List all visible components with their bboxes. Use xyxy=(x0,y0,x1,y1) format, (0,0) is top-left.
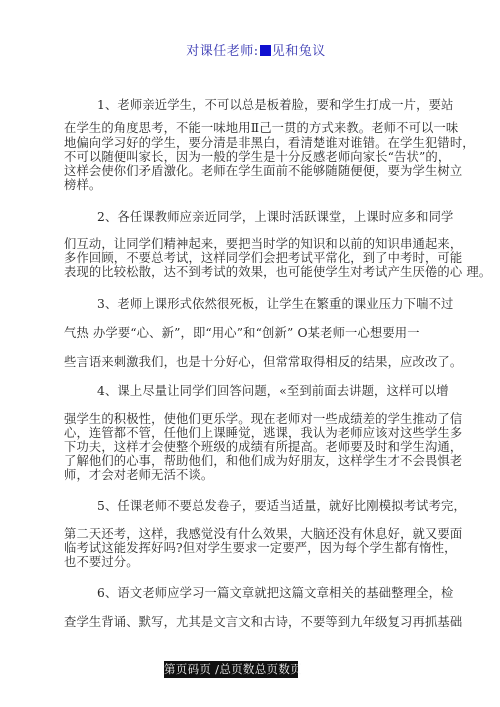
paragraph-6-first-line: 6、语文老师应学习一篇文章就把这篇文章相关的基础整理全，检 xyxy=(97,586,454,600)
paragraph-1-line: 地偏向学习好的学生，要分清是非黑白，看清楚谁对谁错。在学生犯错时， xyxy=(64,136,475,150)
paragraph-3-first-line: 3、老师上课形式依然很死板，让学生在繁重的课业压力下喘不过 xyxy=(97,297,454,311)
title-prefix: 对课任老师: xyxy=(186,44,258,59)
paragraph-4-first-line: 4、课上尽量让同学们回答问题，«至到前面去讲题，这样可以增 xyxy=(97,384,449,398)
paragraph-3-line: 气热 办学要“心、新”，即“用心”和“创新” O某老师一心想要用一 xyxy=(64,326,420,340)
paragraph-5-line: 临考试这能发挥好吗?但对学生要求一定要严，因为每个学生都有惰性， xyxy=(64,541,457,555)
paragraph-1-line: 在学生的角度思考，不能一味地用Ⅱ己一贯的方式来教。老师不可以一味 xyxy=(64,121,458,135)
page-number-footer: 第页码页 /总页数总页数页 xyxy=(164,661,298,678)
paragraph-2-line: 表现的比较松散，达不到考试的效果，也可能使学生对考试产生厌倦的心 理。 xyxy=(64,265,491,279)
paragraph-5-line: 也不要过分。 xyxy=(64,555,139,569)
title-suffix: 见和兔议 xyxy=(272,44,326,59)
paragraph-4-line: 强学生的积极性，使他们更乐学。现在老师对一些成绩差的学生推动了信 xyxy=(64,412,462,426)
paragraph-1-line: 榜样。 xyxy=(64,178,101,192)
square-glyph-icon xyxy=(260,45,271,56)
paragraph-1-line: 不可以随便叫家长，因为一般的学生是十分反感老师向家长“告状”的， xyxy=(64,150,450,164)
paragraph-1-line: 这样会使你们矛盾激化。老师在学生面前不能够随随便便，要为学生树立 xyxy=(64,164,462,178)
document-title: 对课任老师:见和兔议 xyxy=(0,40,500,59)
paragraph-2-first-line: 2、各任课教师应亲近同学，上课时活跃课堂，上课时应多和同学 xyxy=(97,210,454,224)
paragraph-4-line: 下功夫，这样才会使整个班级的成绩有所提高。老师要及时和学生沟通， xyxy=(64,440,462,454)
paragraph-1-first-line: 1、老师亲近学生，不可以总是板着脸，要和学生打成一片，要站 xyxy=(97,98,454,112)
paragraph-2-line: 多作回顾，不要总考试，这样同学们会把考试平常化，到了中考时，可能 xyxy=(64,251,462,265)
document-page: 对课任老师:见和兔议 1、老师亲近学生，不可以总是板着脸，要和学生打成一片，要站… xyxy=(0,0,500,707)
paragraph-3-line: 些言语来刺激我们，也是十分好心，但常常取得相反的结果，应改改了。 xyxy=(64,355,462,369)
paragraph-4-line: 师，才会对老师无活不谈。 xyxy=(64,468,213,482)
paragraph-5-line: 第二天还考，这样，我感觉没有什么效果，大脑还没有休息好，就又要面 xyxy=(64,527,462,541)
paragraph-4-line: 心，连管都不管，任他们上课睡觉，逃课，我认为老师应该对这些学生多 xyxy=(64,426,462,440)
paragraph-2-line: 们互动，让同学们精神起来，要把当时学的知识和以前的知识串通起来， xyxy=(64,237,462,251)
paragraph-4-line: 了解他们的心事，帮助他们，和他们成为好朋友，这样学生才不会畏惧老 xyxy=(64,454,462,468)
paragraph-5-first-line: 5、任课老师不要总发卷子，要适当适量，就好比刚模拟考试考完， xyxy=(97,499,466,513)
paragraph-6-line: 查学生背诵、默写，尤其是文言文和古诗，不要等到九年级复习再抓基础 xyxy=(64,615,462,629)
